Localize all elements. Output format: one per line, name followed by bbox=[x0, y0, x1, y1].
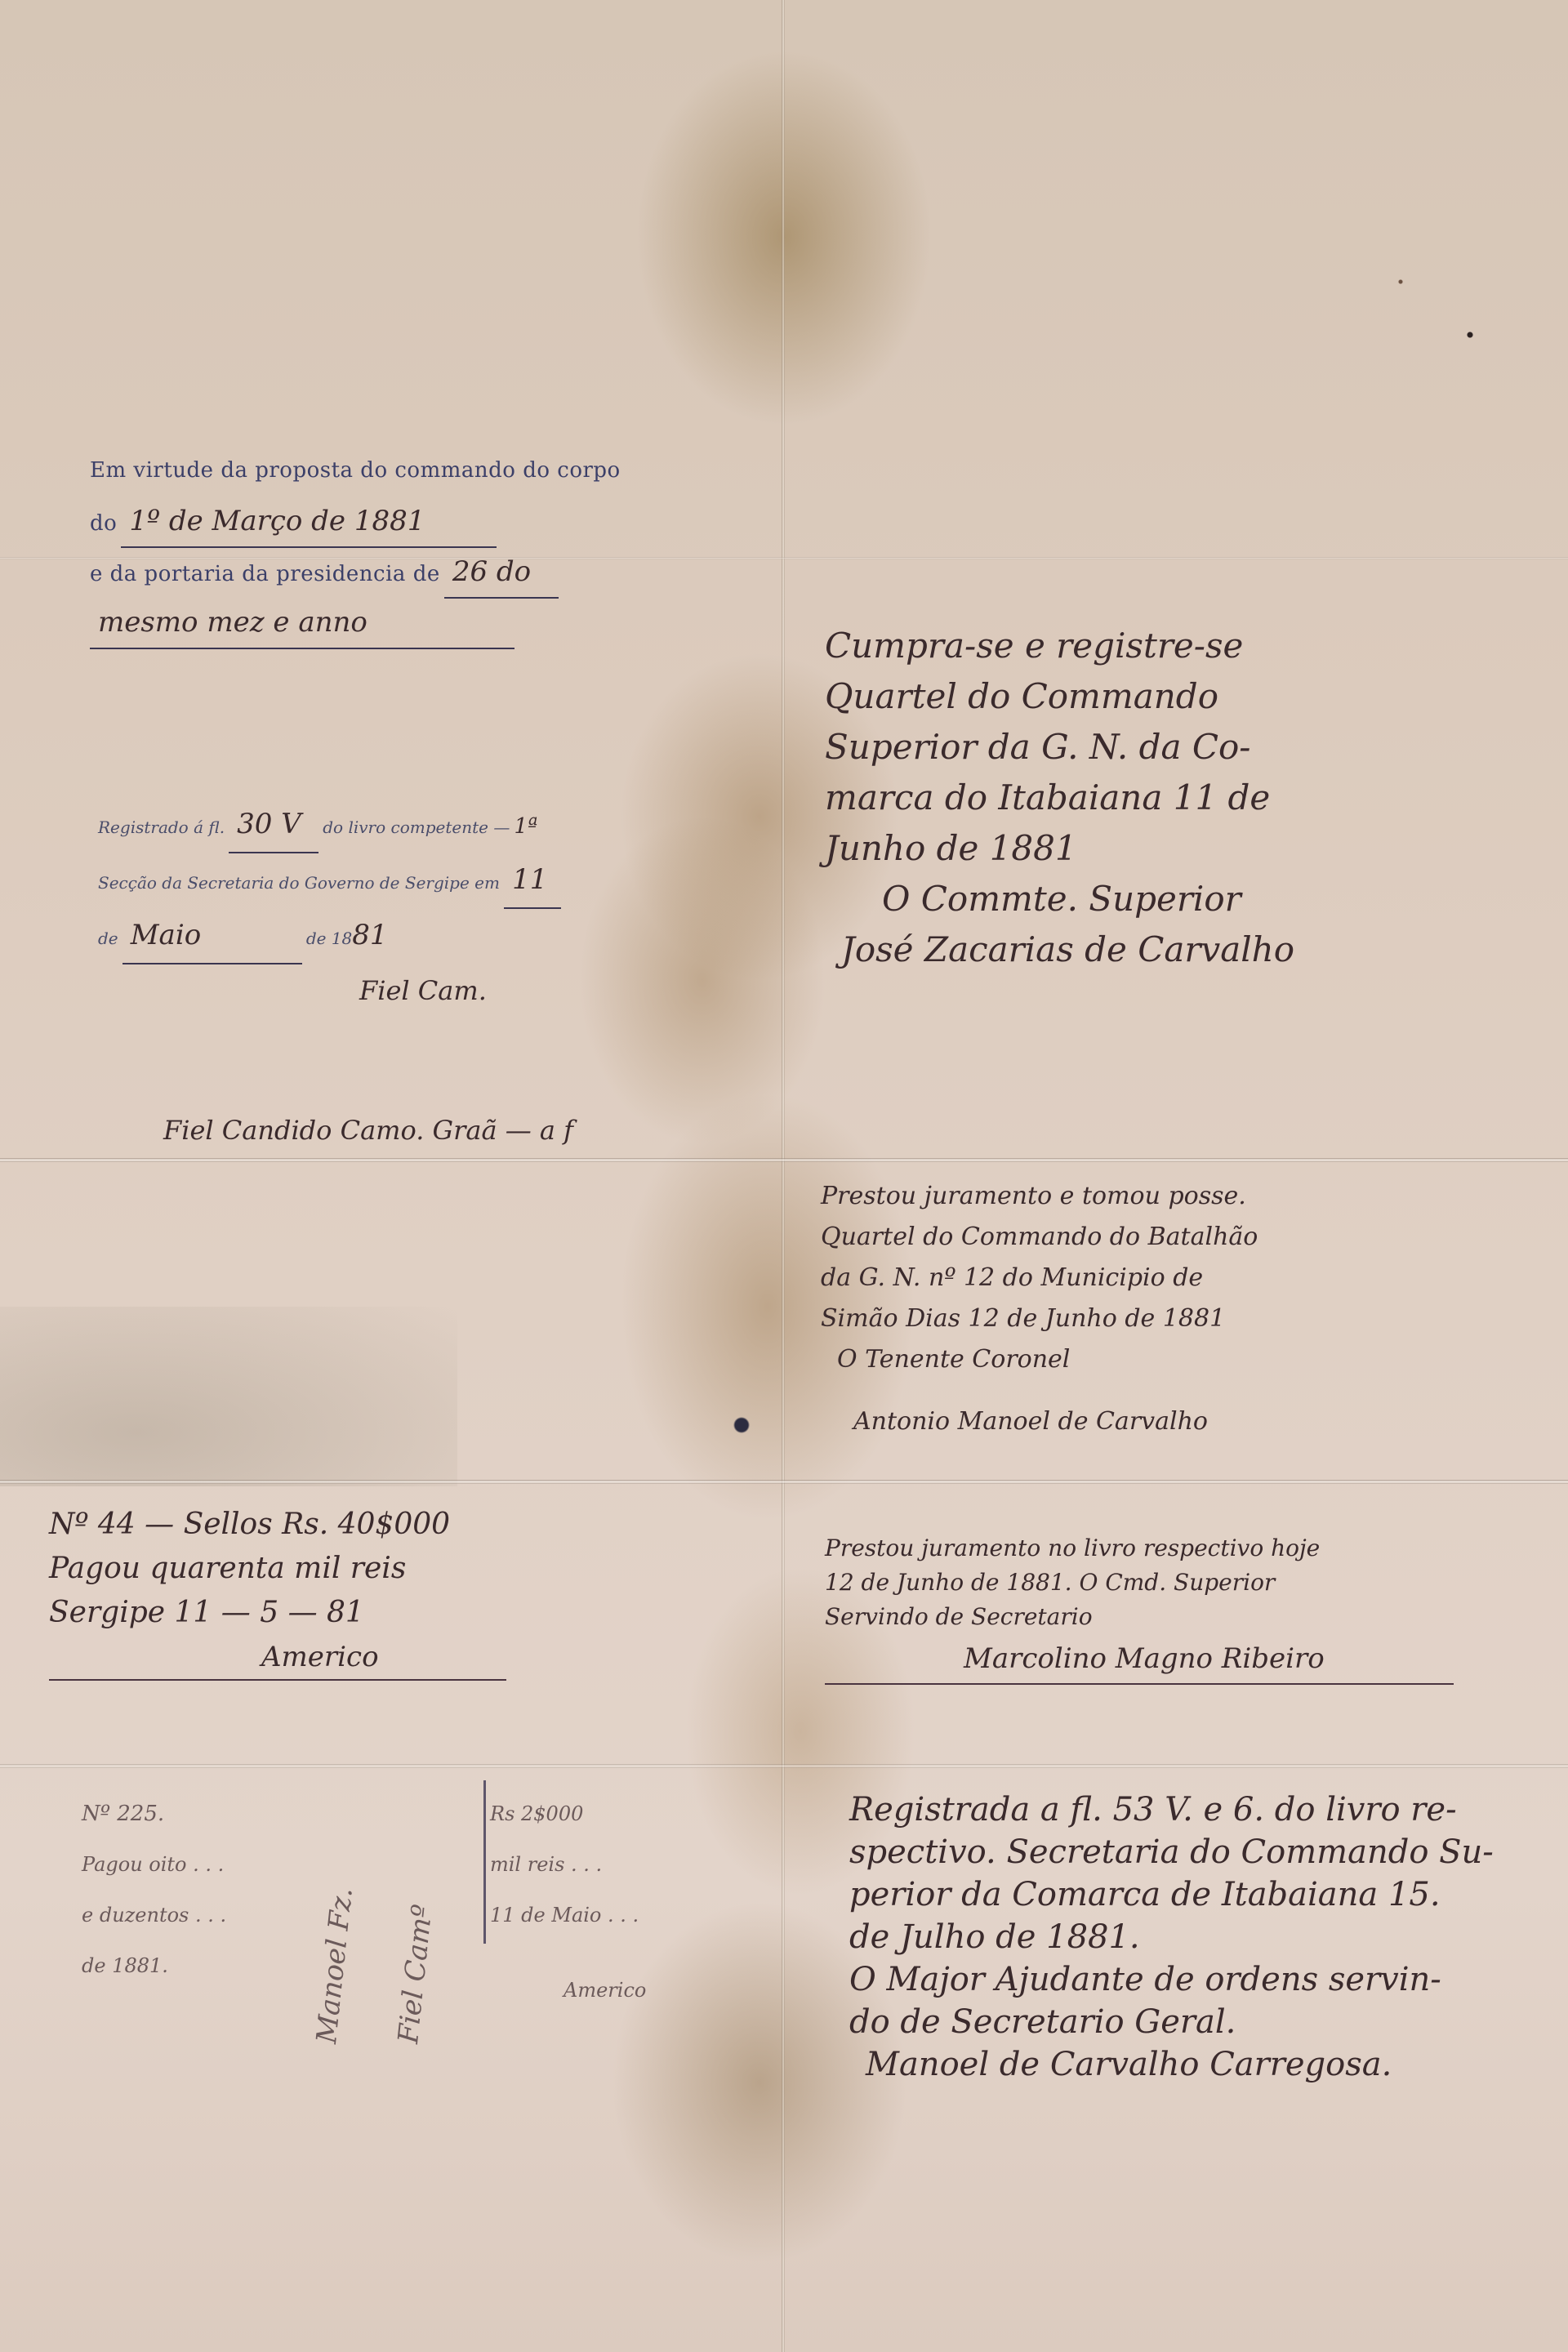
text-line: Nº 44 — Sellos Rs. 40$000 bbox=[49, 1503, 604, 1547]
vertical-signature: Fiel Camº bbox=[392, 1903, 439, 2045]
text-line: da G. N. nº 12 do Municipio de bbox=[821, 1258, 1490, 1298]
text-line: Simão Dias 12 de Junho de 1881 bbox=[821, 1298, 1490, 1339]
handwritten-day: 26 do bbox=[444, 546, 559, 599]
form-line-3: e da portaria da presidencia de 26 do bbox=[90, 546, 580, 597]
signature: Americo bbox=[490, 1965, 800, 2016]
fold-crease bbox=[0, 1158, 1568, 1162]
vertical-signature: Manoel Fz. bbox=[310, 1886, 359, 2045]
handwritten-folio: 30 V bbox=[229, 796, 318, 853]
oath-record-block: Prestou juramento no livro respectivo ho… bbox=[825, 1531, 1494, 1685]
text-line: Sergipe 11 — 5 — 81 bbox=[49, 1591, 604, 1635]
printed-text: Registrado á fl. bbox=[98, 817, 225, 837]
printed-text: Secção da Secretaria do Governo de Sergi… bbox=[98, 873, 500, 893]
text-line: mil reis . . . bbox=[490, 1839, 800, 1890]
text-line: Registrada a fl. 53 V. e 6. do livro re- bbox=[849, 1788, 1568, 1831]
signatory-title: O Commte. Superior bbox=[825, 874, 1560, 924]
text-line: Junho de 1881 bbox=[825, 823, 1560, 874]
handwritten-day: 11 bbox=[504, 852, 561, 909]
signature-line: Fiel Candido Camo. Graã — a f bbox=[163, 1115, 573, 1146]
text-line: Servindo de Secretario bbox=[825, 1600, 1494, 1634]
text-line: 12 de Junho de 1881. O Cmd. Superior bbox=[825, 1566, 1494, 1600]
text-line: Prestou juramento no livro respectivo ho… bbox=[825, 1531, 1494, 1566]
printed-text: de bbox=[98, 929, 118, 948]
handwritten-month: Maio bbox=[122, 907, 302, 964]
printed-text: de 18 bbox=[306, 929, 352, 948]
text-line: Prestou juramento e tomou posse. bbox=[821, 1176, 1490, 1217]
cumpra-se-block: Cumpra-se e registre-se Quartel do Comma… bbox=[825, 621, 1560, 975]
text-line: Quartel do Commando bbox=[825, 671, 1560, 722]
handwritten-text: mesmo mez e anno bbox=[90, 597, 514, 649]
juramento-block: Prestou juramento e tomou posse. Quartel… bbox=[821, 1176, 1490, 1442]
column-divider bbox=[483, 1780, 486, 1944]
signatory-title: O Tenente Coronel bbox=[821, 1339, 1490, 1380]
water-stain bbox=[0, 1307, 457, 1486]
signature: Manoel de Carvalho Carregosa. bbox=[849, 2043, 1568, 2086]
text-line: spectivo. Secretaria do Commando Su- bbox=[849, 1831, 1568, 1873]
signature: Fiel Cam. bbox=[98, 963, 604, 1018]
signature: Antonio Manoel de Carvalho bbox=[821, 1401, 1490, 1442]
signature: Marcolino Magno Ribeiro bbox=[825, 1634, 1454, 1685]
text-line: de Julho de 1881. bbox=[849, 1916, 1568, 1958]
registry-line-2: Secção da Secretaria do Governo de Sergi… bbox=[98, 852, 604, 907]
text-line: perior da Comarca de Itabaiana 15. bbox=[849, 1873, 1568, 1916]
printed-line: Em virtude da proposta do commando do co… bbox=[90, 445, 580, 496]
text-line: O Major Ajudante de ordens servin- bbox=[849, 1958, 1568, 2001]
text-line: Quartel do Commando do Batalhão bbox=[821, 1217, 1490, 1258]
signature: José Zacarias de Carvalho bbox=[825, 924, 1560, 975]
text-line: Rs 2$000 bbox=[490, 1788, 800, 1839]
text-line: Superior da G. N. da Co- bbox=[825, 722, 1560, 773]
text-line: marca do Itabaiana 11 de bbox=[825, 773, 1560, 823]
handwritten-date: 1º de Março de 1881 bbox=[121, 496, 497, 548]
printed-text: do livro competente — bbox=[323, 817, 510, 837]
receipt-right-column: Rs 2$000 mil reis . . . 11 de Maio . . .… bbox=[490, 1788, 800, 2016]
stamp-fee-block: Nº 44 — Sellos Rs. 40$000 Pagou quarenta… bbox=[49, 1503, 604, 1679]
registry-line-1: Registrado á fl. 30 V do livro competent… bbox=[98, 796, 604, 852]
printed-text: e da portaria da presidencia de bbox=[90, 562, 440, 586]
handwritten-year: 81 bbox=[352, 919, 387, 951]
form-line-4: mesmo mez e anno bbox=[90, 597, 580, 648]
text-line: Cumpra-se e registre-se bbox=[825, 621, 1560, 671]
form-line-2: do 1º de Março de 1881 bbox=[90, 496, 580, 546]
fold-crease bbox=[0, 1764, 1568, 1768]
printed-form-block: Em virtude da proposta do commando do co… bbox=[90, 445, 580, 648]
text-line: do de Secretario Geral. bbox=[849, 2001, 1568, 2043]
printed-prefix: do bbox=[90, 511, 117, 536]
text-line: Pagou quarenta mil reis bbox=[49, 1547, 604, 1591]
registry-line-3: de Maio de 1881 bbox=[98, 907, 604, 963]
fold-crease bbox=[0, 1480, 1568, 1484]
vertical-signatures: Manoel Fz. Fiel Camº bbox=[245, 1797, 474, 2058]
registrada-block: Registrada a fl. 53 V. e 6. do livro re-… bbox=[849, 1788, 1568, 2086]
registry-block: Registrado á fl. 30 V do livro competent… bbox=[98, 796, 604, 1018]
signature: Americo bbox=[49, 1635, 506, 1681]
handwritten-text: 1ª bbox=[514, 814, 537, 839]
signature-row: Americo bbox=[49, 1635, 604, 1679]
text-line: 11 de Maio . . . bbox=[490, 1890, 800, 1940]
